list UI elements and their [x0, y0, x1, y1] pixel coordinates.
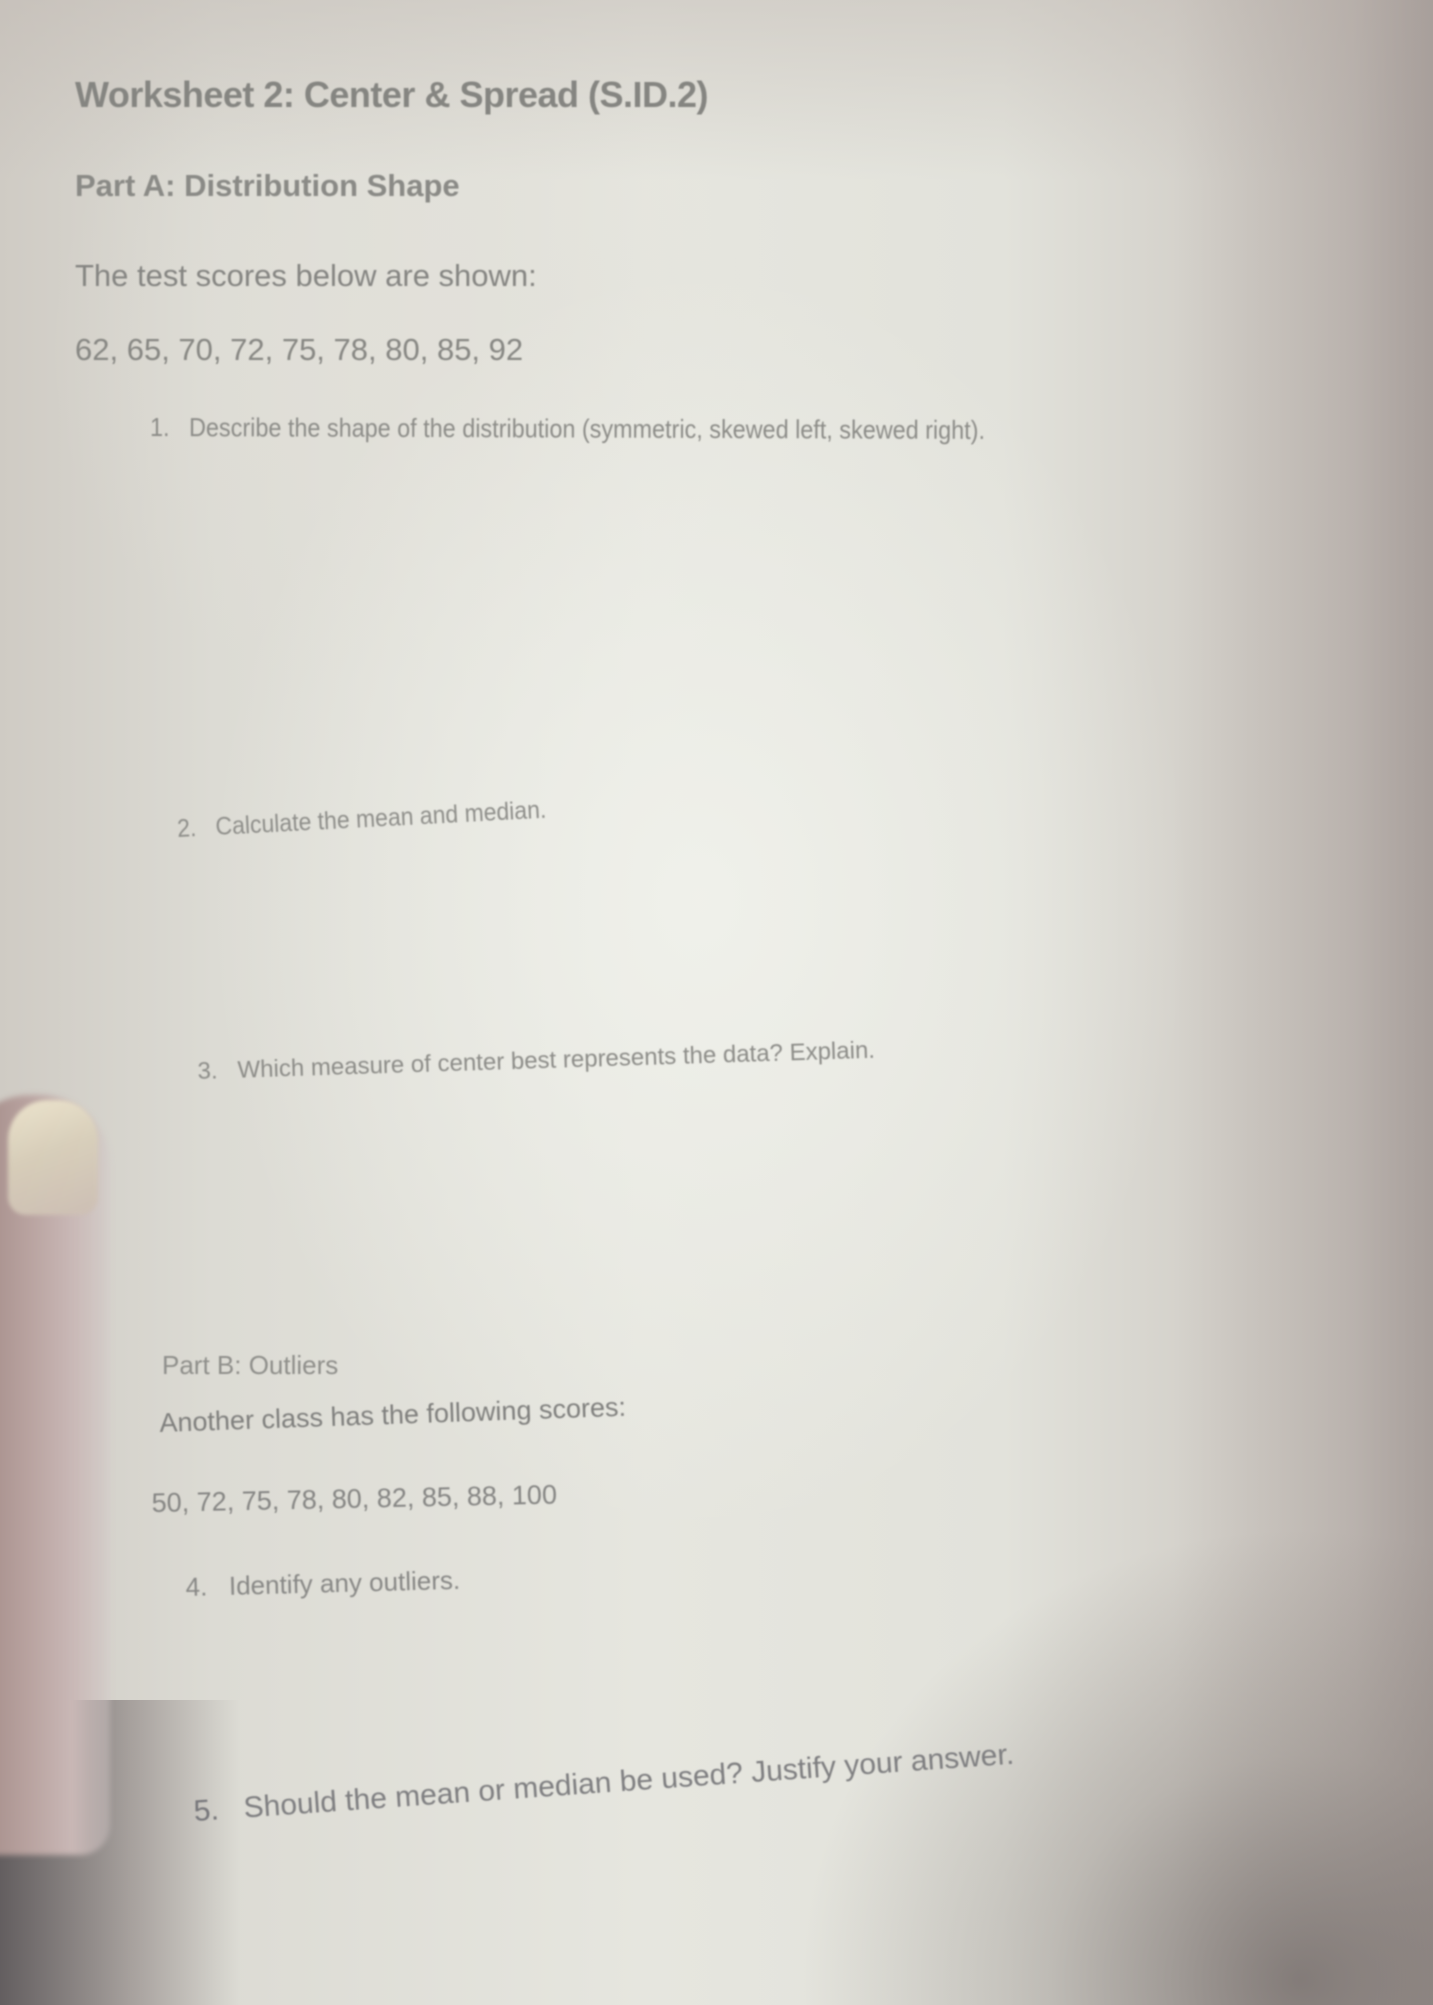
question-number: 2. — [176, 814, 197, 843]
part-a-scores: 62, 65, 70, 72, 75, 78, 80, 85, 92 — [75, 332, 523, 368]
question-text: Describe the shape of the distribution (… — [189, 412, 985, 445]
question-text: Identify any outliers. — [229, 1565, 461, 1601]
question-number: 4. — [185, 1571, 207, 1602]
question-1: 1. Describe the shape of the distributio… — [150, 412, 985, 446]
part-a-heading: Part A: Distribution Shape — [75, 168, 460, 204]
part-b-heading: Part B: Outliers — [162, 1350, 338, 1381]
part-a-intro: The test scores below are shown: — [75, 258, 537, 294]
worksheet-title: Worksheet 2: Center & Spread (S.ID.2) — [75, 74, 708, 116]
thumb-nail — [8, 1100, 98, 1215]
question-number: 3. — [197, 1057, 218, 1085]
question-number: 1. — [150, 412, 170, 442]
question-number: 5. — [193, 1793, 220, 1828]
